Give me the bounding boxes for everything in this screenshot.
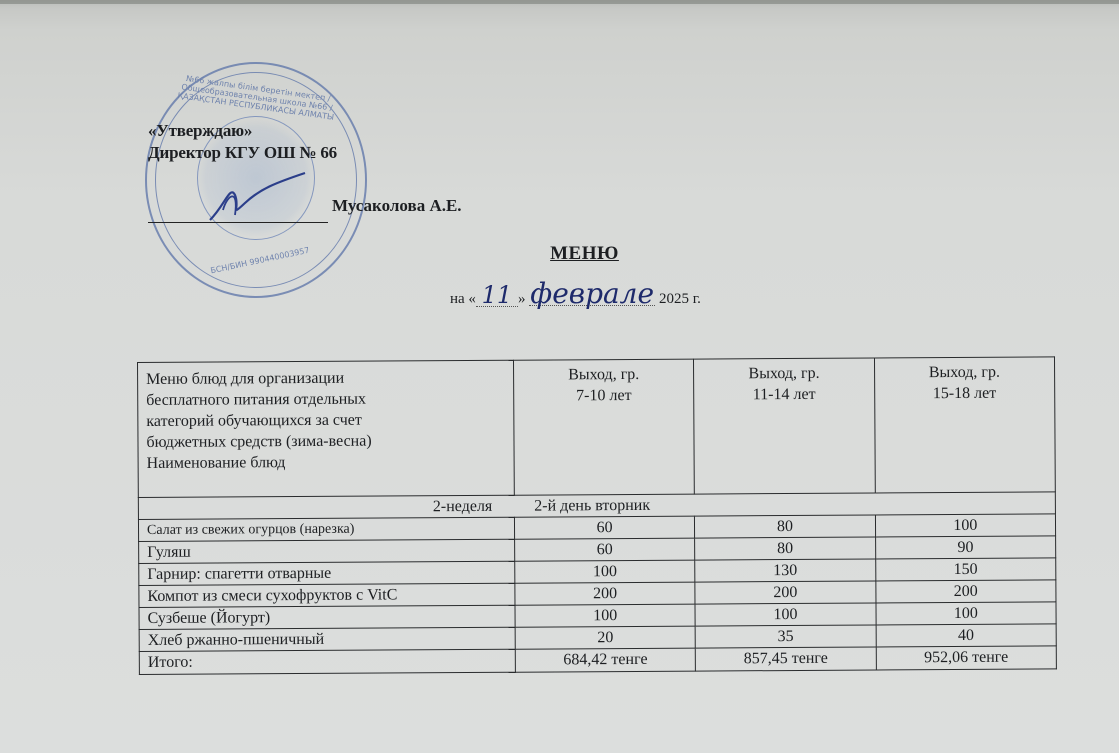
dish-name: Салат из свежих огурцов (нарезка) bbox=[138, 517, 514, 541]
dish-output-value: 60 bbox=[514, 516, 694, 539]
date-mid: » bbox=[518, 291, 526, 307]
menu-date: на «11» феврале 2025 г. bbox=[450, 283, 701, 308]
dish-name: Гуляш bbox=[139, 539, 515, 563]
director-position: Директор КГУ ОШ № 66 bbox=[148, 142, 337, 164]
dish-output-value: 200 bbox=[875, 580, 1056, 603]
dish-output-value: 60 bbox=[515, 538, 695, 561]
total-label: Итого: bbox=[139, 649, 515, 674]
total-cost-value: 684,42 тенге bbox=[515, 648, 695, 672]
dish-output-value: 40 bbox=[876, 624, 1057, 647]
approval-heading: «Утверждаю» bbox=[148, 120, 337, 142]
week-label: 2-неделя bbox=[433, 498, 492, 515]
signature-line bbox=[148, 222, 328, 223]
header-output-11-14: Выход, гр. 11-14 лет bbox=[694, 358, 875, 494]
dish-output-value: 35 bbox=[695, 625, 875, 648]
dish-output-value: 80 bbox=[695, 515, 875, 538]
date-day-handwritten: 11 bbox=[476, 284, 518, 307]
date-prefix: на « bbox=[450, 291, 476, 307]
header-output-15-18: Выход, гр. 15-18 лет bbox=[874, 357, 1055, 493]
dish-output-value: 200 bbox=[695, 581, 875, 604]
dish-output-value: 100 bbox=[875, 514, 1056, 537]
director-name: Мусаколова А.Е. bbox=[332, 196, 462, 216]
dish-output-value: 90 bbox=[875, 536, 1056, 559]
header-output-7-10: Выход, гр. 7-10 лет bbox=[513, 359, 694, 495]
page-title: МЕНЮ bbox=[0, 243, 1119, 265]
dish-output-value: 100 bbox=[695, 603, 875, 626]
total-cost-value: 857,45 тенге bbox=[696, 647, 876, 671]
signature-icon bbox=[205, 165, 315, 225]
dish-output-value: 100 bbox=[515, 604, 695, 627]
menu-table: Меню блюд для организации бесплатного пи… bbox=[137, 356, 1057, 675]
day-label: 2-й день вторник bbox=[534, 497, 650, 515]
total-row: Итого:684,42 тенге857,45 тенге952,06 тен… bbox=[139, 646, 1056, 675]
total-cost-value: 952,06 тенге bbox=[876, 646, 1057, 670]
date-year: 2025 г. bbox=[659, 291, 701, 307]
page-edge-shadow bbox=[0, 0, 1119, 4]
dish-output-value: 20 bbox=[515, 626, 695, 649]
dish-output-value: 100 bbox=[876, 602, 1057, 625]
dish-output-value: 200 bbox=[515, 582, 695, 605]
approval-block: «Утверждаю» Директор КГУ ОШ № 66 bbox=[148, 120, 337, 164]
stamp-text-top: №66 жалпы білім беретін мектеп / Общеобр… bbox=[176, 73, 338, 122]
header-dish-name: Меню блюд для организации бесплатного пи… bbox=[138, 360, 515, 497]
table-header-row: Меню блюд для организации бесплатного пи… bbox=[138, 357, 1056, 498]
dish-name: Сузбеше (Йогурт) bbox=[139, 605, 515, 629]
dish-output-value: 150 bbox=[875, 558, 1056, 581]
dish-name: Компот из смеси сухофруктов с VitC bbox=[139, 583, 515, 607]
dish-output-value: 80 bbox=[695, 537, 875, 560]
dish-name: Хлеб ржанно-пшеничный bbox=[139, 627, 515, 651]
dish-name: Гарнир: спагетти отварные bbox=[139, 561, 515, 585]
dish-output-value: 100 bbox=[515, 560, 695, 583]
dish-output-value: 130 bbox=[695, 559, 875, 582]
date-month-handwritten: феврале bbox=[529, 283, 655, 306]
